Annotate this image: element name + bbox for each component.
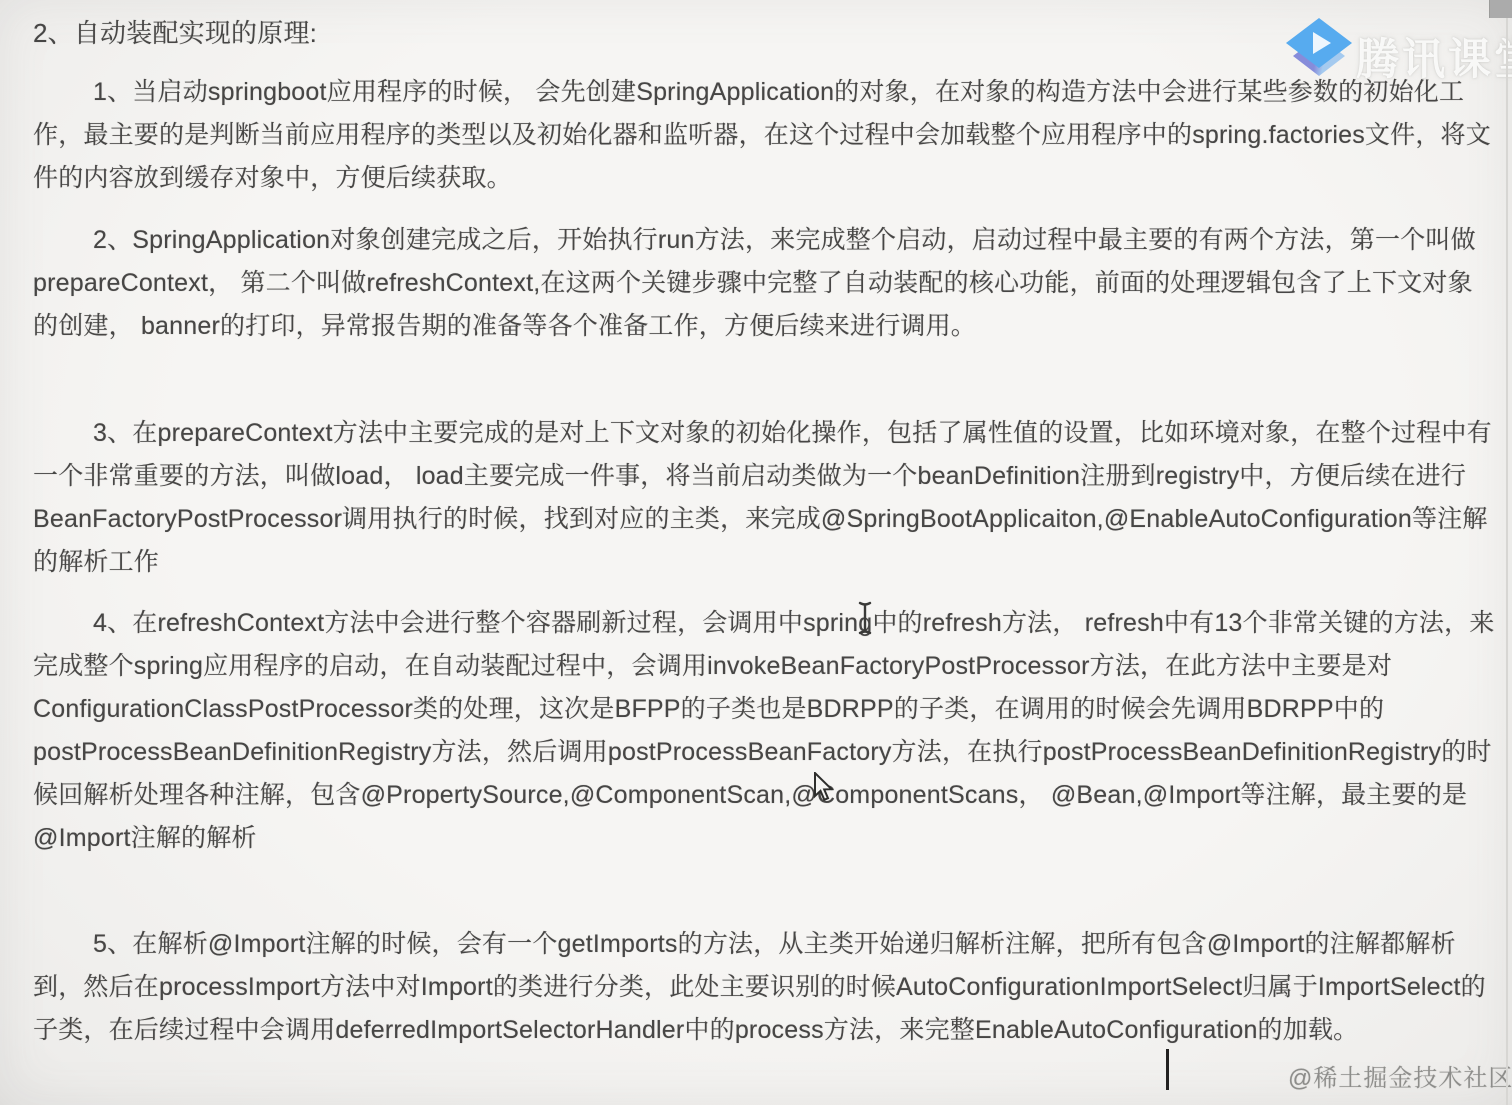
mouse-arrow-cursor-icon (812, 772, 836, 809)
paragraph-preparecontext: 3、在prepareContext方法中主要完成的是对上下文对象的初始化操作，包… (33, 412, 1495, 584)
scrollbar-thumb[interactable] (1489, 0, 1512, 18)
page-title: 2、自动装配实现的原理: (33, 12, 1495, 55)
paragraph-import-parsing: 5、在解析@Import注解的时候，会有一个getImports的方法，从主类开… (33, 923, 1495, 1052)
paragraph-run-method: 2、SpringApplication对象创建完成之后，开始执行run方法，来完… (33, 219, 1495, 348)
tencent-classroom-logo-icon (1286, 18, 1352, 76)
tencent-classroom-label: 腾讯课堂 (1356, 26, 1512, 87)
text-caret (1166, 1049, 1169, 1090)
document-page: 2、自动装配实现的原理: 1、当启动springboot应用程序的时候， 会先创… (0, 0, 1512, 1105)
paragraph-refreshcontext: 4、在refreshContext方法中会进行整个容器刷新过程，会调用中spri… (33, 602, 1495, 860)
paragraph-springapplication-creation: 1、当启动springboot应用程序的时候， 会先创建SpringApplic… (33, 71, 1495, 200)
juejin-watermark-label: @稀土掘金技术社区 (1288, 1058, 1512, 1093)
scrollbar-track (1506, 0, 1508, 1105)
text-ibeam-cursor-icon (856, 601, 874, 640)
tencent-classroom-watermark: 腾讯课堂 (1284, 8, 1512, 94)
